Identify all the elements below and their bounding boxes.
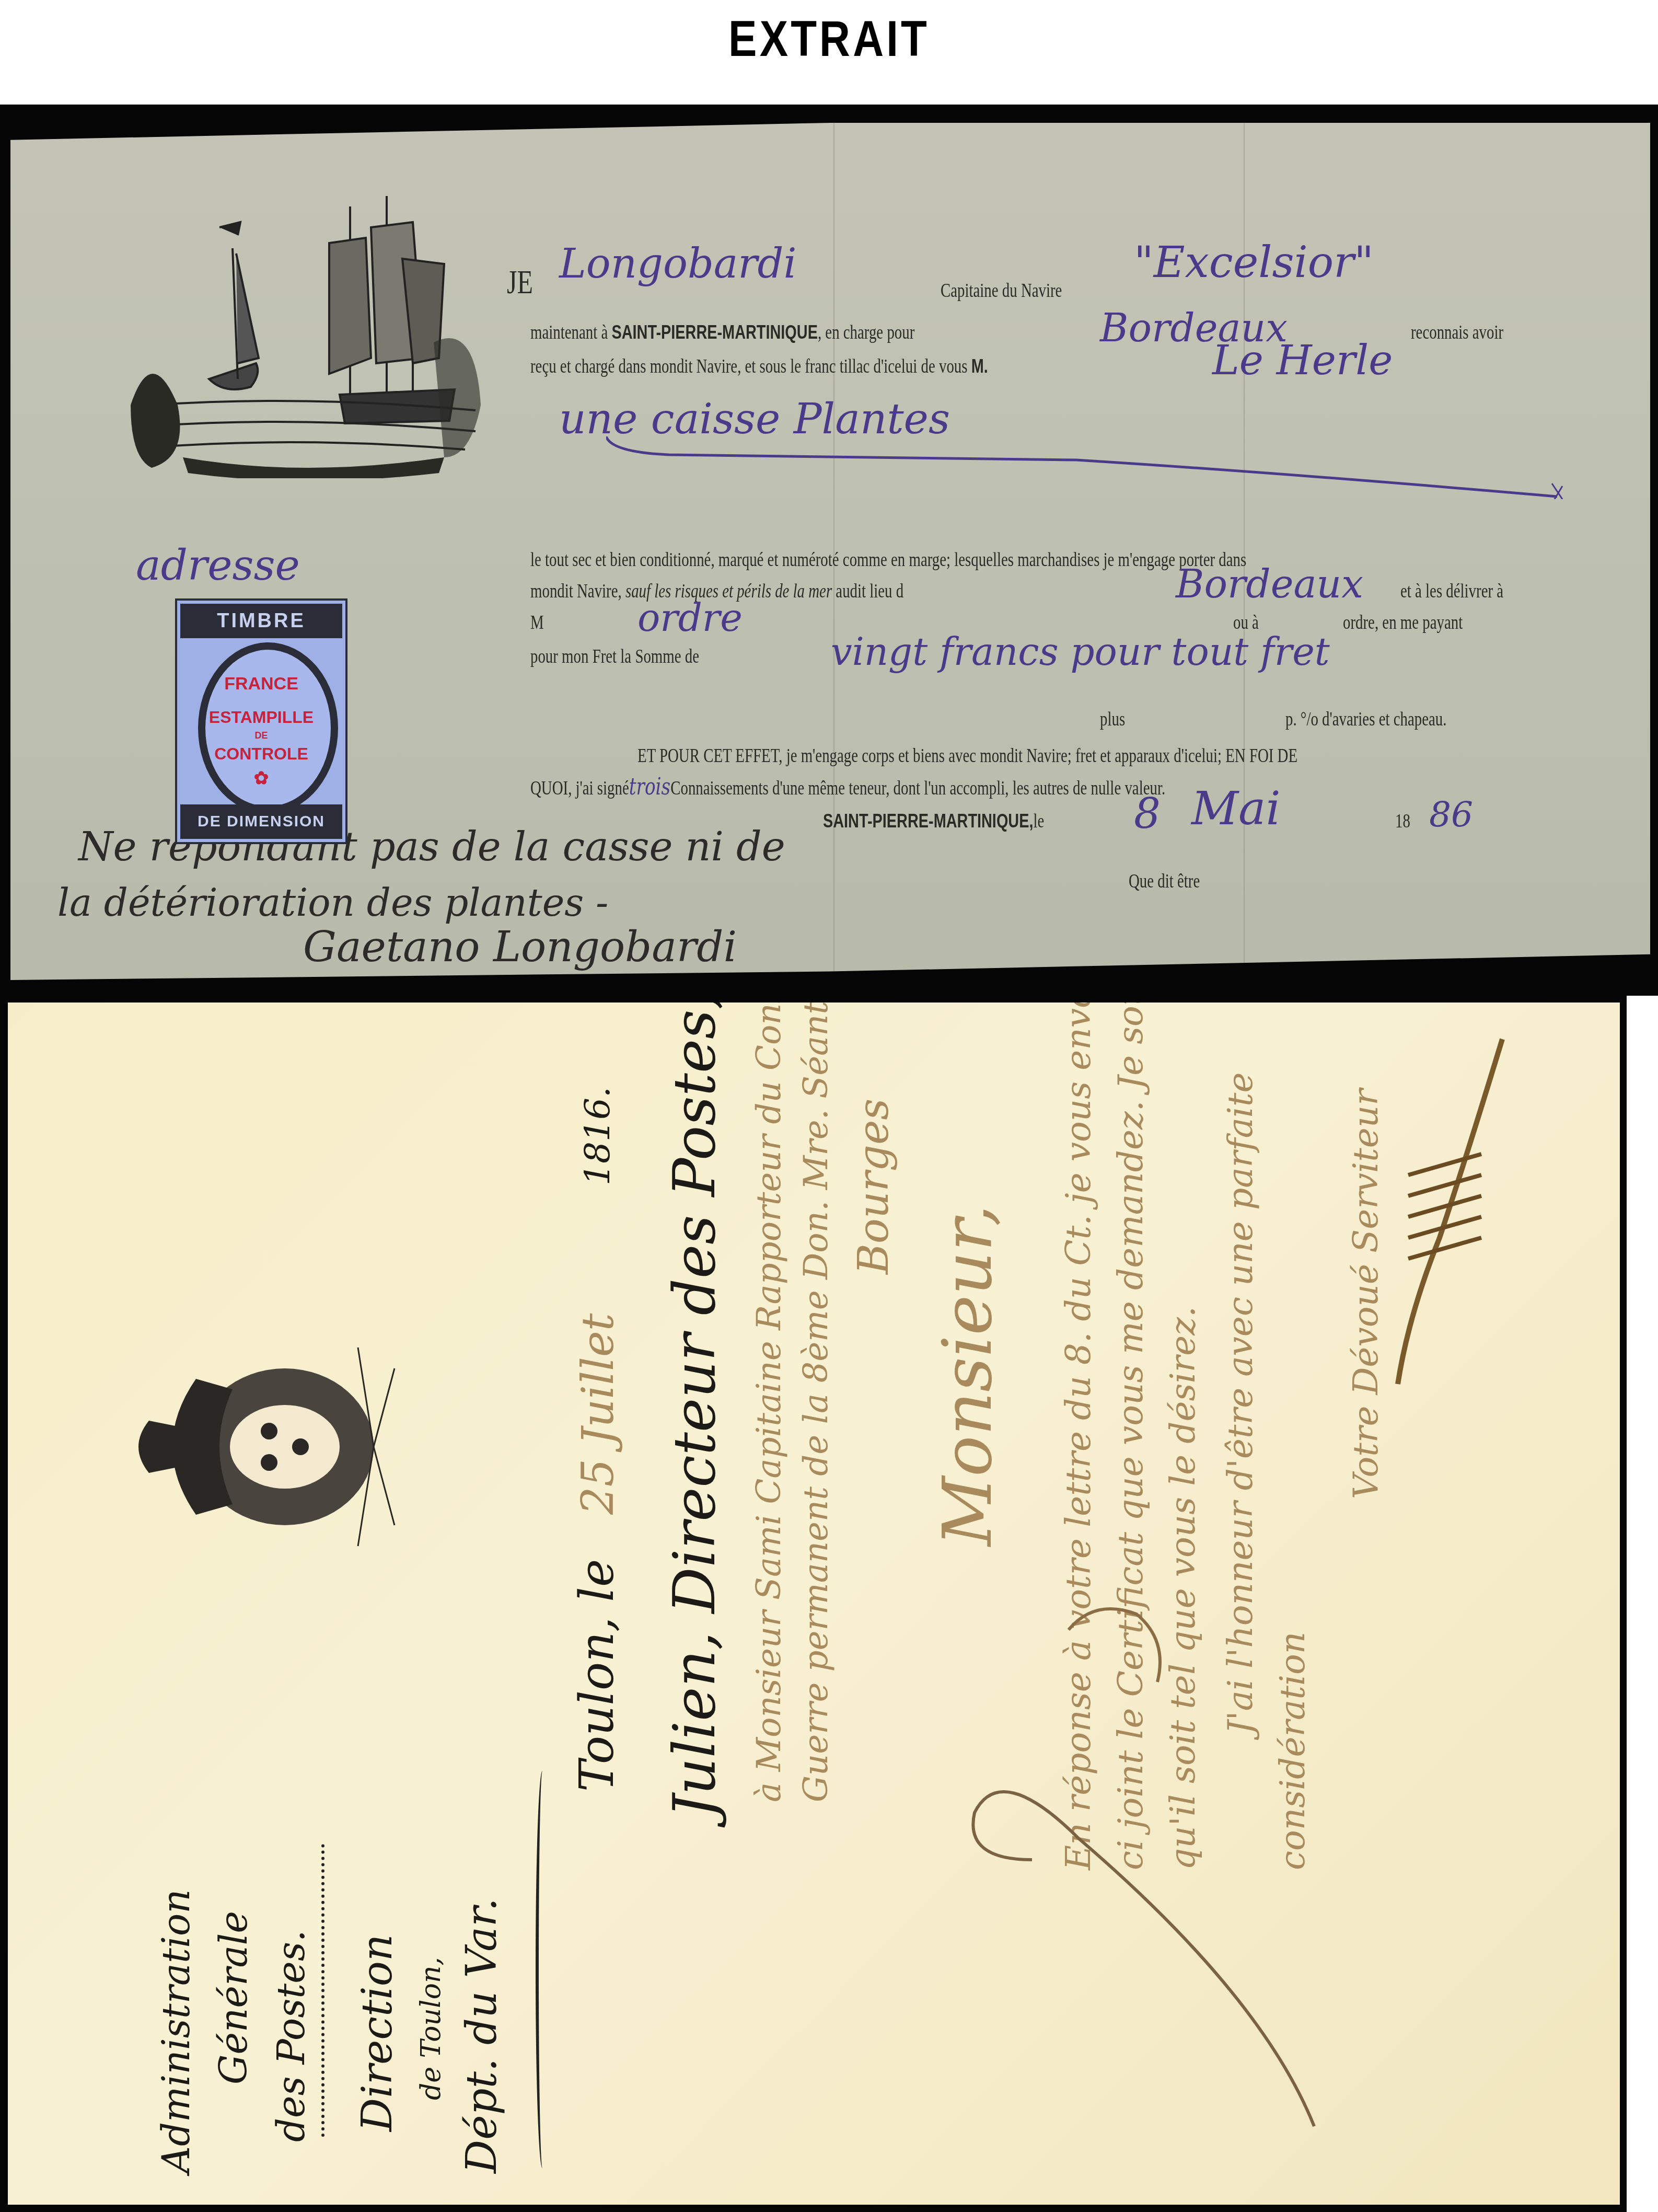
- revenue-stamp: TIMBRE FRANCE ESTAMPILLE DE CONTROLE ✿ D…: [175, 598, 347, 844]
- letterhead-postes: des Postes.: [269, 1930, 313, 2142]
- recipient-line-1: à Monsieur Sami Capitaine Rapporteur du …: [750, 1003, 789, 1802]
- stamp-france: FRANCE: [177, 674, 345, 694]
- letterhead-direction: Direction: [353, 1934, 401, 2132]
- le-label: le: [1033, 811, 1044, 832]
- consignor-handwritten: Le Herle: [1212, 337, 1393, 384]
- sender-title: Julien, Directeur des Postes,: [661, 1003, 728, 1818]
- signature: Gaetano Longobardi: [303, 923, 737, 971]
- recu-label: reçu et chargé dans mondit Navire, et so…: [530, 356, 968, 377]
- connaissements-label: Connaissements d'une même teneur, dont l…: [670, 778, 1165, 799]
- stamp-rosette-icon: ✿: [177, 768, 345, 789]
- je-initial: JE: [507, 263, 533, 302]
- salutation: Monsieur,: [927, 1205, 1007, 1546]
- letterhead-brace: [536, 1771, 549, 2168]
- stamp-top-band: TIMBRE: [180, 604, 342, 638]
- strike-line: [606, 436, 1568, 499]
- rotated-letter-content: Administration Générale des Postes. Dire…: [8, 1003, 1620, 2205]
- year-suffix-handwritten: 86: [1429, 794, 1473, 835]
- consignee-handwritten: ordre: [637, 596, 743, 640]
- letterhead-generale: Générale: [212, 1911, 256, 2084]
- flourish-icon: [896, 1525, 1366, 2152]
- stamp-de: DE: [177, 730, 345, 741]
- copies-handwritten: trois: [629, 774, 670, 800]
- recipient-line-2: Guerre permanent de la 8ème Don. Mre. Sé…: [797, 1003, 836, 1802]
- ordre-payant-label: ordre, en me payant: [1343, 612, 1463, 634]
- place-date: SAINT-PIERRE-MARTINIQUE,le: [823, 810, 1044, 833]
- dateline-day-month: 25 Juillet: [572, 1314, 623, 1515]
- plus-label: plus: [1100, 708, 1125, 731]
- stamp-controle: CONTROLE: [177, 744, 345, 764]
- audit-lieu-label: audit lieu d: [836, 581, 903, 602]
- reconnais-label: reconnais avoir: [1411, 321, 1503, 344]
- ship-name-handwritten: "Excelsior": [1134, 238, 1374, 287]
- date-day-handwritten: 8: [1134, 789, 1161, 838]
- letterhead-dept: Dépt. du Var.: [457, 1898, 506, 2173]
- dateline-city: Toulon, le: [570, 1559, 624, 1792]
- page-title: EXTRAIT: [124, 10, 1534, 68]
- dateline-year: 1816.: [577, 1087, 618, 1185]
- line2-text: maintenant à SAINT-PIERRE-MARTINIQUE, en…: [530, 321, 914, 344]
- document-2-letter: Administration Générale des Postes. Dire…: [8, 1003, 1620, 2205]
- ship-engraving-icon: [120, 186, 486, 478]
- charge-pour-label: , en charge pour: [818, 322, 914, 343]
- royal-crest-icon: [128, 1316, 400, 1577]
- signature-flourish-icon: [1377, 1029, 1513, 1395]
- effet-text: ET POUR CET EFFET, je m'engage corps et …: [637, 745, 1297, 767]
- m-label: M: [530, 612, 544, 634]
- place-bold: SAINT-PIERRE-MARTINIQUE,: [823, 810, 1033, 832]
- fret-label: pour mon Fret la Somme de: [530, 646, 699, 668]
- document-1-bill-of-lading: JE Longobardi Capitaine du Navire "Excel…: [10, 123, 1650, 980]
- line4-text: le tout sec et bien conditionné, marqué …: [530, 549, 1246, 571]
- letterhead-administration: Administration: [154, 1889, 198, 2173]
- delivrer-label: et à les délivrer à: [1400, 580, 1503, 603]
- port-name-bold: SAINT-PIERRE-MARTINIQUE: [611, 321, 817, 343]
- mark-handwritten: adresse: [136, 541, 300, 590]
- monsieur-abbrev: M.: [971, 355, 988, 377]
- letterhead-toulon: de Toulon,: [415, 1957, 447, 2100]
- year-prefix: 18: [1395, 810, 1410, 833]
- date-month-handwritten: Mai: [1191, 781, 1281, 835]
- stamp-estampille: ESTAMPILLE: [177, 708, 345, 727]
- avaries-label: p. °/o d'avaries et chapeau.: [1285, 708, 1446, 731]
- signe-label: QUOI, j'ai signé: [530, 778, 629, 799]
- recipient-city: Bourges: [849, 1099, 898, 1274]
- line3-text: reçu et chargé dans mondit Navire, et so…: [530, 355, 988, 378]
- que-dit-etre-label: Que dit être: [1129, 870, 1200, 893]
- stamp-bottom-band: DE DIMENSION: [180, 804, 342, 839]
- maintenant-label: maintenant à: [530, 322, 608, 343]
- quoi-text: QUOI, j'ai signétroisConnaissements d'un…: [530, 774, 1165, 800]
- note-line-2: la détérioration des plantes -: [57, 881, 608, 925]
- letterhead-divider: [321, 1844, 324, 2137]
- captain-name-handwritten: Longobardi: [559, 240, 796, 287]
- mondit-label: mondit Navire,: [530, 581, 622, 602]
- freight-handwritten: vingt francs pour tout fret: [831, 630, 1330, 674]
- lieu-handwritten: Bordeaux: [1176, 562, 1363, 607]
- capitaine-label: Capitaine du Navire: [941, 280, 1062, 302]
